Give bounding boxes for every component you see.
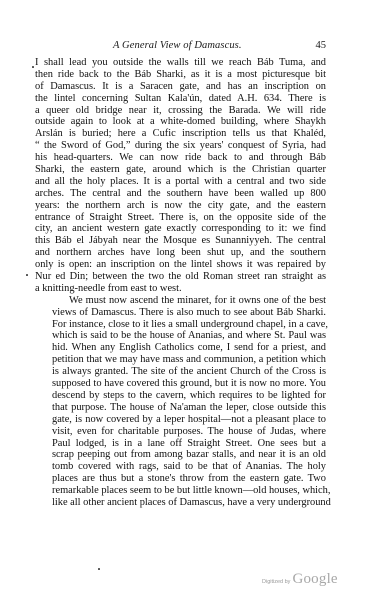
text-line: only is open: an inscription on the lint… (35, 259, 326, 271)
text-line: outside again to look at a white-domed b… (35, 116, 326, 128)
text-line: Paul lodged, is in a lane off Straight S… (35, 438, 326, 450)
google-logo: Google (292, 571, 337, 588)
text-line: and all the holy places. It is a portal … (35, 176, 326, 188)
text-line: is always granted. The site of the ancie… (35, 366, 326, 378)
text-line: Nur ed Din; between the two the old Roma… (35, 271, 326, 283)
text-line: of Damascus. It is a Saracen gate, and h… (35, 81, 326, 93)
text-line: city, an ancient western gate exactly co… (35, 223, 326, 235)
text-line: like all other ancient places of Damascu… (35, 497, 326, 509)
text-line: his head-quarters. We can now ride back … (35, 152, 326, 164)
text-line: a knitting-needle from east to west. (35, 283, 326, 295)
text-line: Sharki, the eastern gate, around which i… (35, 164, 326, 176)
text-line: gate, is now covered by a leper hospital… (35, 414, 326, 426)
text-line: Arslán is buried; here a Cufic inscripti… (35, 128, 326, 140)
print-speck (32, 66, 34, 68)
text-line: places are thus but a stone's throw from… (35, 473, 326, 485)
text-line: views of Damascus. There is also much to… (35, 307, 326, 319)
print-speck (98, 568, 100, 570)
text-line: arches. The central and the southern hav… (35, 188, 326, 200)
text-line: years: the northern arch is now the city… (35, 200, 326, 212)
digitized-by-google-watermark: Digitized by Google (262, 571, 338, 588)
text-line: this Báb el Jábyah near the Mosque es Su… (35, 235, 326, 247)
watermark-prefix: Digitized by (262, 579, 290, 585)
text-line: For instance, close to it lies a small u… (35, 319, 326, 331)
running-title: A General View of Damascus. (113, 40, 242, 51)
text-line: descend by steps to the cavern, which re… (35, 390, 326, 402)
page-number: 45 (316, 40, 327, 51)
text-line: supposed to have covered this ground, bu… (35, 378, 326, 390)
text-line: visit, even for charitable purposes. The… (35, 426, 326, 438)
text-line: remarkable places seem to be but little … (35, 485, 326, 497)
text-line: petition that we may have mass and commu… (35, 354, 326, 366)
paragraph-2: We must now ascend the minaret, for it o… (35, 295, 326, 509)
text-line: We must now ascend the minaret, for it o… (35, 295, 326, 307)
text-line: scrap peeping out from among bazar stall… (35, 449, 326, 461)
text-line: then ride back to the Báb Sharki, as it … (35, 69, 326, 81)
paragraph-1: I shall lead you outside the walls till … (35, 57, 326, 295)
text-line: I shall lead you outside the walls till … (35, 57, 326, 69)
text-line: and northern arches have long been shut … (35, 247, 326, 259)
text-line: entrance of Straight Street. There is, o… (35, 212, 326, 224)
running-head: A General View of Damascus. 45 (35, 40, 326, 54)
text-line: “ the Sword of God,” during the six year… (35, 140, 326, 152)
text-line: tomb covered with rags, said to be that … (35, 461, 326, 473)
text-line: hid. When any English Catholics come, I … (35, 342, 326, 354)
print-speck (26, 274, 28, 276)
text-line: that purpose. The house of Na'aman the l… (35, 402, 326, 414)
text-line: the lintel concerning Sultan Kala'ún, da… (35, 93, 326, 105)
body-text: I shall lead you outside the walls till … (35, 57, 326, 509)
text-line: which is said to be the house of Ananias… (35, 330, 326, 342)
book-page: A General View of Damascus. 45 I shall l… (0, 0, 389, 599)
text-line: a queer old bridge near it, crossing the… (35, 105, 326, 117)
